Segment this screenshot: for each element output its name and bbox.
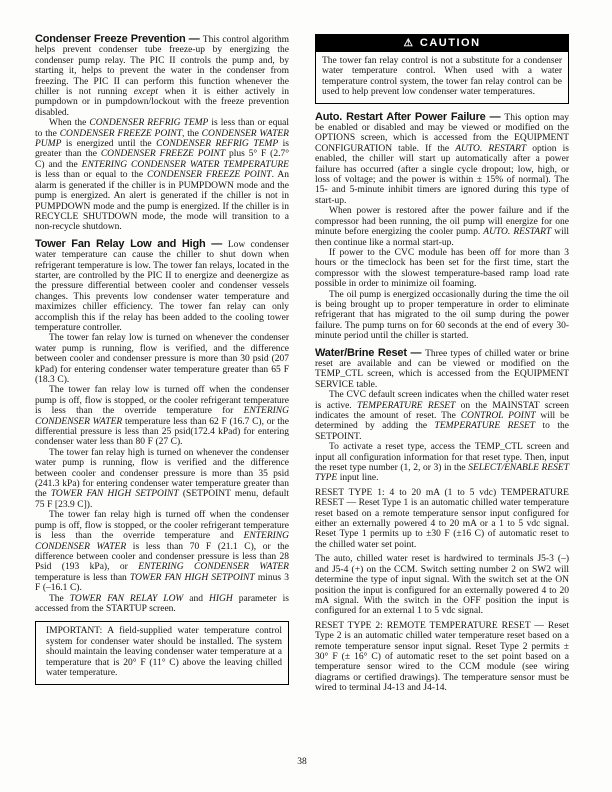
section-heading: Condenser Freeze Prevention — [35, 33, 186, 45]
emphasis-text: AUTO. RESTART — [483, 227, 551, 237]
emphasis-text: CONDENSER FREEZE POINT — [101, 149, 225, 159]
text-run: The auto, chilled water reset is hardwir… — [315, 554, 569, 616]
caution-label: CAUTION — [420, 37, 481, 49]
emphasis-text: AUTO. RESTART — [455, 144, 526, 154]
important-text: IMPORTANT: A field-supplied water temper… — [46, 626, 282, 678]
text-run: The tower fan relay control is not a sub… — [322, 56, 562, 97]
section-paragraph: Tower Fan Relay Low and High — Low conde… — [35, 239, 289, 334]
text-run: Low condenser water temperature can caus… — [35, 240, 289, 333]
text-run: temperature is less than — [35, 573, 130, 583]
paragraph: The TOWER FAN RELAY LOW and HIGH paramet… — [35, 594, 289, 615]
text-run: The tower fan relay low is turned on whe… — [35, 333, 289, 385]
paragraph: The tower fan relay high is turned off w… — [35, 510, 289, 593]
emphasis-text: CONTROL POINT — [461, 411, 536, 421]
heading-dash: — — [407, 347, 425, 359]
section-paragraph: Auto. Restart After Power Failure — This… — [315, 112, 569, 207]
text-run: RESET TYPE 2: REMOTE TEMPERATURE RESET —… — [315, 621, 569, 693]
caution-header: ⚠CAUTION — [316, 35, 568, 52]
paragraph: If power to the CVC module has been off … — [315, 248, 569, 290]
emphasis-text: TOWER FAN HIGH SETPOINT — [51, 489, 179, 499]
paragraph: The auto, chilled water reset is hardwir… — [315, 554, 569, 616]
text-run: IMPORTANT: A field-supplied water temper… — [46, 626, 282, 678]
section-paragraph: Water/Brine Reset — Three types of chill… — [315, 348, 569, 391]
emphasis-text: HIGH — [209, 594, 233, 604]
caution-text: The tower fan relay control is not a sub… — [316, 52, 568, 103]
page-content: Condenser Freeze Prevention — This contr… — [35, 34, 569, 694]
section-paragraph: Condenser Freeze Prevention — This contr… — [35, 34, 289, 118]
text-run: is less than or equal to the — [35, 170, 147, 180]
text-run: option is enabled, the chiller will star… — [315, 144, 569, 206]
emphasis-text: TOWER FAN HIGH SETPOINT — [130, 573, 255, 583]
text-run: The oil pump is energized occasionally d… — [315, 290, 569, 342]
paragraph: The oil pump is energized occasionally d… — [315, 290, 569, 342]
section-heading: Water/Brine Reset — [315, 347, 407, 359]
paragraph: When power is restored after the power f… — [315, 206, 569, 248]
emphasis-text: CONDENSER FREEZE POINT — [60, 129, 182, 139]
column-right: ⚠CAUTIONThe tower fan relay control is n… — [315, 34, 569, 694]
paragraph: RESET TYPE 1: 4 to 20 mA (1 to 5 vdc) TE… — [315, 488, 569, 550]
paragraph: The tower fan relay high is turned on wh… — [35, 448, 289, 510]
emphasis-text: CONDENSER FREEZE POINT — [147, 170, 272, 180]
text-run: The — [49, 594, 70, 604]
emphasis-text: except — [134, 87, 158, 97]
paragraph: The tower fan relay low is turned off wh… — [35, 385, 289, 447]
text-run: When the — [49, 118, 89, 128]
emphasis-text: ENTERING CONDENSER WATER — [138, 562, 289, 572]
warning-icon: ⚠ — [403, 37, 412, 49]
heading-dash: — — [186, 33, 203, 45]
manual-page: Condenser Freeze Prevention — This contr… — [0, 0, 612, 792]
paragraph: When the CONDENSER REFRIG TEMP is less t… — [35, 118, 289, 232]
paragraph: The CVC default screen indicates when th… — [315, 390, 569, 442]
text-run: , the — [182, 129, 202, 139]
emphasis-text: ENTERING CONDENSER WATER TEMPERATURE — [82, 160, 289, 170]
text-run: RESET TYPE 1: 4 to 20 mA (1 to 5 vdc) TE… — [315, 488, 569, 550]
caution-box: ⚠CAUTIONThe tower fan relay control is n… — [315, 34, 569, 104]
important-box: IMPORTANT: A field-supplied water temper… — [35, 621, 289, 685]
text-run: is energized until the — [61, 139, 156, 149]
emphasis-text: TEMPERATURE RESET — [357, 401, 455, 411]
heading-dash: — — [206, 238, 228, 250]
emphasis-text: TEMPERATURE RESET — [435, 421, 536, 431]
emphasis-text: CONDENSER REFRIG TEMP — [89, 118, 208, 128]
emphasis-text: TOWER FAN RELAY LOW — [70, 594, 184, 604]
page-number: 38 — [35, 757, 569, 767]
text-run: input line. — [337, 473, 378, 483]
heading-dash: — — [486, 111, 505, 123]
column-left: Condenser Freeze Prevention — This contr… — [35, 34, 289, 694]
section-heading: Auto. Restart After Power Failure — [315, 111, 486, 123]
paragraph: RESET TYPE 2: REMOTE TEMPERATURE RESET —… — [315, 621, 569, 694]
text-run: If power to the CVC module has been off … — [315, 248, 569, 289]
emphasis-text: CONDENSER REFRIG TEMP — [156, 139, 278, 149]
section-heading: Tower Fan Relay Low and High — [35, 238, 206, 250]
paragraph: To activate a reset type, access the TEM… — [315, 442, 569, 484]
paragraph: The tower fan relay low is turned on whe… — [35, 333, 289, 385]
text-run: and — [183, 594, 209, 604]
